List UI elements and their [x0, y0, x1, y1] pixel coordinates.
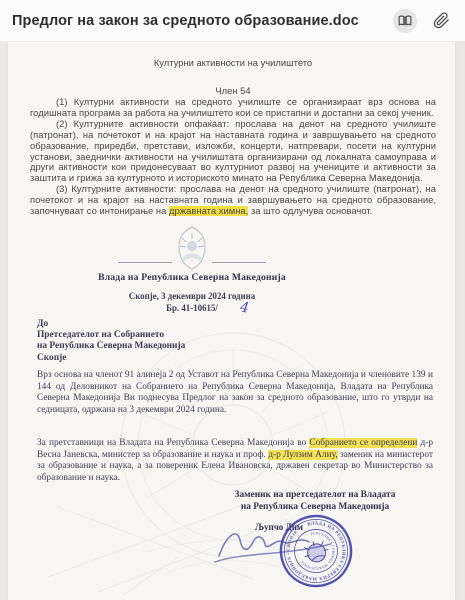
letterhead-organization: Влада на Република Северна Македонија: [52, 272, 332, 283]
letterhead-rule-right: [212, 262, 266, 263]
letter-paragraph-2: За претставници на Владата на Република …: [37, 438, 433, 484]
highlighted-text-representatives: Собранието се определени: [309, 438, 417, 448]
open-book-icon: [398, 14, 412, 28]
document-viewer: Предлог на закон за средното образование…: [0, 0, 465, 600]
recipient-address: До Претседателот на Собранието на Републ…: [37, 319, 185, 364]
signoff-block: Заменик на претседателот на Владата на Р…: [190, 489, 440, 513]
address-line: на Република Северна Македонија: [37, 341, 185, 352]
scanned-letter: Влада на Република Северна Македонија Ск…: [8, 42, 455, 600]
paperclip-icon: [433, 12, 450, 29]
signoff-title: Заменик на претседателот на Владата: [190, 489, 440, 501]
state-emblem-icon: [172, 225, 212, 271]
letterhead-rule-left: [118, 262, 172, 263]
attachment-button[interactable]: [429, 9, 453, 33]
letter-number: Бр. 41-10615/: [52, 303, 332, 313]
official-stamp: ВЛАДА НА РЕПУБЛИКА СЕВЕРНА МАКЕДОНИЈА • …: [277, 512, 355, 590]
top-bar: Предлог на закон за средното образование…: [0, 0, 465, 42]
letter-place-date: Скопје, 3 декември 2024 година: [52, 291, 332, 301]
letter-paragraph-1: Врз основа на членот 91 алинеја 2 од Уст…: [37, 370, 433, 416]
document-page: Културни активности на училиштето Член 5…: [8, 42, 455, 600]
reader-mode-button[interactable]: [393, 9, 417, 33]
letter-paragraph-2-text: За претставници на Владата на Република …: [37, 438, 309, 448]
address-line: Претседателот на Собранието: [37, 330, 185, 341]
handwritten-number: 4: [239, 299, 250, 316]
address-line: До: [37, 319, 185, 330]
highlighted-text-deputy-minister: д-р Лулзим Алиу,: [268, 450, 337, 460]
address-line: Скопје: [37, 353, 185, 364]
document-title: Предлог на закон за средното образование…: [12, 13, 359, 29]
